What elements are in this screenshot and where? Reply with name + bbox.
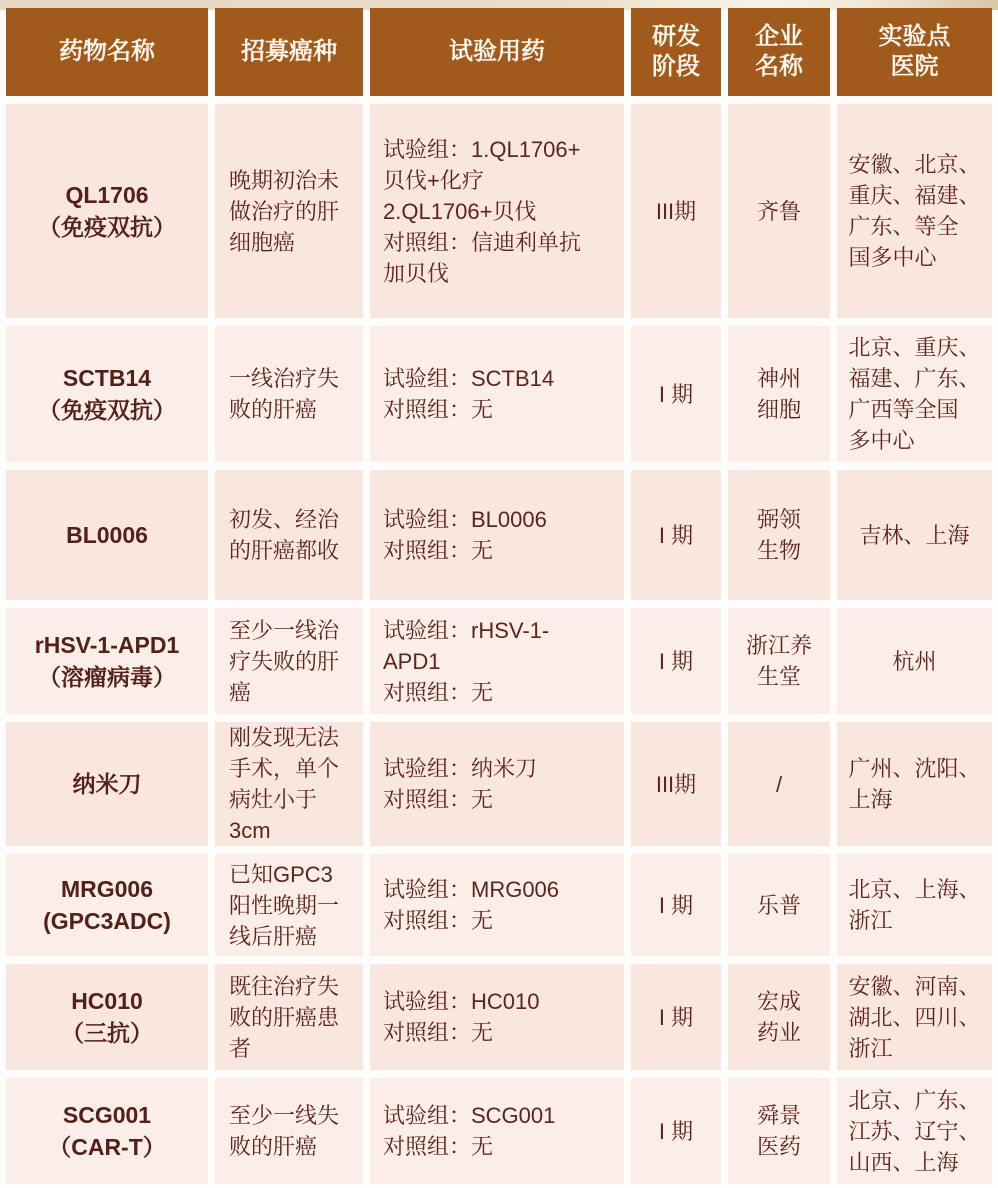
hospital-list: 安徽、河南、 湖北、四川、 浙江 — [848, 971, 980, 1064]
trial-drug-cell: 试验组：rHSV-1- APD1 对照组：无 — [370, 608, 624, 714]
drug-name-cell: SCG001 （CAR-T） — [6, 1078, 208, 1184]
drug-name-cell: BL0006 — [6, 470, 208, 600]
hospital-list: 北京、上海、 浙江 — [848, 874, 980, 936]
drug-name-cell: QL1706 （免疫双抗） — [6, 104, 208, 318]
rd-phase-cell: I 期 — [631, 964, 721, 1070]
trial-hospitals-cell: 安徽、北京、 重庆、福建、 广东、等全 国多中心 — [837, 104, 992, 318]
hospital-list: 北京、广东、 江苏、辽宁、 山西、上海 — [848, 1085, 980, 1178]
cancer-type-cell: 既往治疗失 败的肝癌患 者 — [215, 964, 363, 1070]
trial-hospitals-cell: 北京、上海、 浙江 — [837, 854, 992, 956]
company-name-cell: 齐鲁 — [728, 104, 830, 318]
company-name-cell: 浙江养 生堂 — [728, 608, 830, 714]
cancer-type-cell: 初发、经治 的肝癌都收 — [215, 470, 363, 600]
rd-phase-cell: I 期 — [631, 854, 721, 956]
rd-phase-cell: I 期 — [631, 326, 721, 462]
header-trial-drug: 试验用药 — [370, 8, 624, 96]
trial-hospitals-cell: 广州、沈阳、 上海 — [837, 722, 992, 846]
header-cancer-type: 招募癌种 — [215, 8, 363, 96]
company-name-cell: 乐普 — [728, 854, 830, 956]
rd-phase-cell: I 期 — [631, 1078, 721, 1184]
cancer-type-cell: 刚发现无法 手术，单个 病灶小于 3cm — [215, 722, 363, 846]
trial-drug-cell: 试验组：MRG006 对照组：无 — [370, 854, 624, 956]
trial-hospitals-cell: 北京、广东、 江苏、辽宁、 山西、上海 — [837, 1078, 992, 1184]
cancer-type-cell: 晚期初治未 做治疗的肝 细胞癌 — [215, 104, 363, 318]
company-name-cell: / — [728, 722, 830, 846]
drug-name-cell: HC010 （三抗） — [6, 964, 208, 1070]
cancer-type-cell: 至少一线失 败的肝癌 — [215, 1078, 363, 1184]
clinical-trial-table: 药物名称 招募癌种 试验用药 研发 阶段 企业 名称 实验点 医院 QL1706… — [0, 0, 998, 1188]
header-rd-phase: 研发 阶段 — [631, 8, 721, 96]
rd-phase-cell: I 期 — [631, 470, 721, 600]
trial-drug-cell: 试验组：SCG001 对照组：无 — [370, 1078, 624, 1184]
cancer-type-cell: 已知GPC3 阳性晚期一 线后肝癌 — [215, 854, 363, 956]
hospital-list: 吉林、上海 — [859, 520, 969, 551]
hospital-list: 北京、重庆、 福建、广东、 广西等全国 多中心 — [848, 332, 980, 456]
trial-drug-cell: 试验组：SCTB14 对照组：无 — [370, 326, 624, 462]
hospital-list: 安徽、北京、 重庆、福建、 广东、等全 国多中心 — [848, 149, 980, 273]
drug-name-cell: SCTB14 （免疫双抗） — [6, 326, 208, 462]
hospital-list: 杭州 — [892, 646, 936, 677]
cancer-type-cell: 至少一线治 疗失败的肝 癌 — [215, 608, 363, 714]
rd-phase-cell: III期 — [631, 104, 721, 318]
hospital-list: 广州、沈阳、 上海 — [848, 753, 980, 815]
trial-drug-cell: 试验组：BL0006 对照组：无 — [370, 470, 624, 600]
company-name-cell: 舜景 医药 — [728, 1078, 830, 1184]
company-name-cell: 神州 细胞 — [728, 326, 830, 462]
trial-hospitals-cell: 安徽、河南、 湖北、四川、 浙江 — [837, 964, 992, 1070]
company-name-cell: 宏成 药业 — [728, 964, 830, 1070]
trial-hospitals-cell: 吉林、上海 — [837, 470, 992, 600]
trial-hospitals-cell: 北京、重庆、 福建、广东、 广西等全国 多中心 — [837, 326, 992, 462]
trial-hospitals-cell: 杭州 — [837, 608, 992, 714]
cancer-type-cell: 一线治疗失 败的肝癌 — [215, 326, 363, 462]
rd-phase-cell: I 期 — [631, 608, 721, 714]
header-trial-hospitals: 实验点 医院 — [837, 8, 992, 96]
rd-phase-cell: III期 — [631, 722, 721, 846]
drug-name-cell: MRG006 (GPC3ADC) — [6, 854, 208, 956]
drug-name-cell: 纳米刀 — [6, 722, 208, 846]
company-name-cell: 弼领 生物 — [728, 470, 830, 600]
header-company-name: 企业 名称 — [728, 8, 830, 96]
trial-drug-cell: 试验组：1.QL1706+ 贝伐+化疗 2.QL1706+贝伐 对照组：信迪利单… — [370, 104, 624, 318]
trial-drug-cell: 试验组：HC010 对照组：无 — [370, 964, 624, 1070]
header-drug-name: 药物名称 — [6, 8, 208, 96]
drug-name-cell: rHSV-1-APD1 （溶瘤病毒） — [6, 608, 208, 714]
trial-drug-cell: 试验组：纳米刀 对照组：无 — [370, 722, 624, 846]
